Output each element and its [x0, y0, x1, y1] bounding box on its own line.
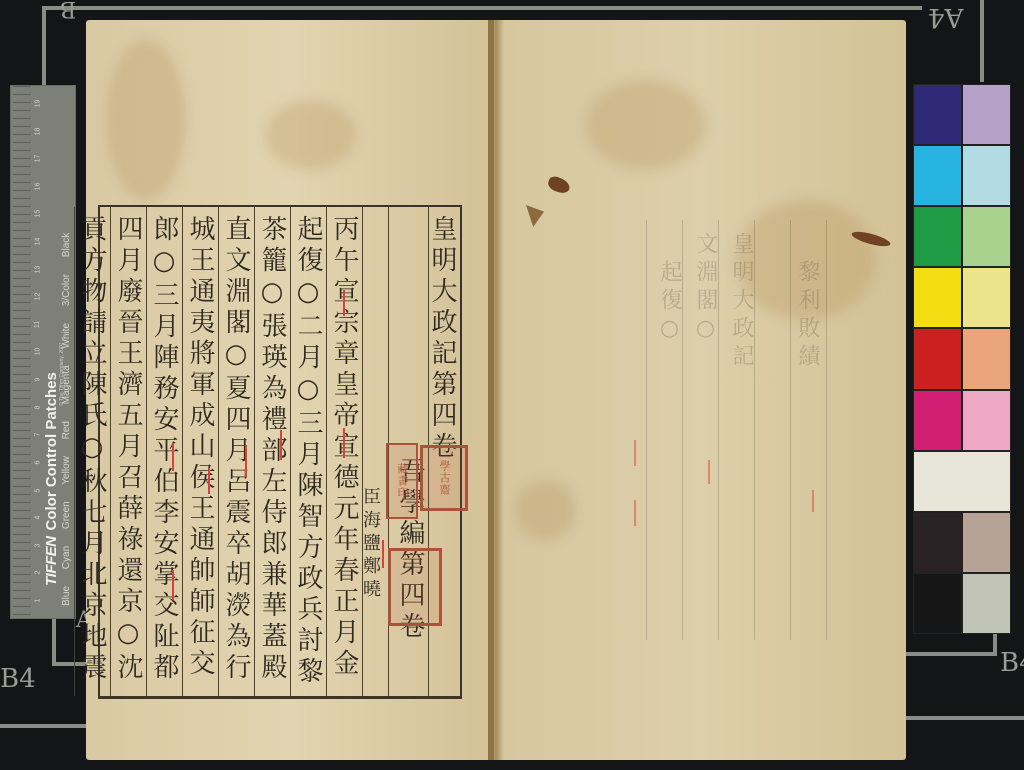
ghost-show-through-text: 文淵閣○ — [690, 232, 721, 347]
color-patch-black-light — [962, 573, 1011, 634]
tiffen-color-control-ruler: 1 2 3 4 5 6 7 8 9 10 11 12 13 14 15 16 1… — [10, 85, 76, 619]
ghost-column-rule — [826, 220, 827, 640]
color-calibration-patches — [913, 84, 1011, 634]
color-patch-red — [913, 328, 962, 389]
red-punctuation-mark — [343, 290, 345, 316]
red-punctuation-mark — [245, 445, 247, 477]
paper-stain — [266, 100, 356, 170]
red-punctuation-mark — [280, 430, 282, 460]
red-punctuation-mark — [208, 468, 210, 494]
color-patch-magenta — [913, 390, 962, 451]
mat-guide-line-bottom-right — [896, 716, 1024, 720]
color-patch-white — [913, 451, 1011, 512]
color-patch-yellow — [913, 267, 962, 328]
mat-guide-line-bottom-left — [0, 724, 92, 728]
ruler-tick-marks — [13, 86, 31, 618]
mat-guide-line-lower-left — [52, 616, 56, 664]
ghost-column-rule — [790, 220, 791, 640]
color-patch-black — [913, 573, 962, 634]
color-patch-green-light — [962, 206, 1011, 267]
color-patch-cyan — [913, 145, 962, 206]
ghost-show-through-text: 起復○ — [654, 260, 685, 347]
author-column: 臣海鹽鄭曉 — [362, 207, 388, 696]
color-patch-red-light — [962, 328, 1011, 389]
red-punctuation-mark — [634, 440, 636, 466]
ruler-title: TIFFENColor Control Patches — [43, 372, 60, 586]
color-patch-cyan-light — [962, 145, 1011, 206]
red-punctuation-mark — [382, 540, 384, 568]
book-spine-fold — [488, 20, 494, 760]
color-patch-green — [913, 206, 962, 267]
mat-label-b4-left: B4 — [0, 664, 36, 694]
ghost-show-through-text: 黎利敗績 — [792, 260, 823, 372]
paper-stain — [586, 80, 706, 170]
tear-mark — [546, 175, 571, 196]
ruler-brand-area: TIFFENColor Control Patches Blue Cyan Gr… — [41, 86, 75, 618]
text-column-4: 直文淵閣○夏四月呂震卒胡濙為行在禮部尚 — [218, 207, 254, 696]
color-patch-blue-light — [962, 84, 1011, 145]
tiffen-logo: TIFFEN — [43, 537, 60, 587]
mat-label-b-top: B — [60, 0, 76, 21]
color-patch-blue — [913, 84, 962, 145]
red-punctuation-mark — [812, 490, 814, 512]
red-punctuation-mark — [634, 500, 636, 526]
mat-guide-line-left — [42, 6, 46, 86]
ghost-column-rule — [646, 220, 647, 640]
text-block-bottom-rule — [98, 696, 462, 699]
ghost-show-through-text: 皇明大政記 — [726, 232, 757, 372]
mat-guide-line-top — [42, 6, 922, 10]
mat-guide-line-right — [980, 0, 984, 82]
book-title: 皇明大政記第四卷 — [428, 215, 457, 463]
text-column-8: 四月廢晉王濟五月召薛祿還京○沈度為行在 — [110, 207, 146, 696]
ruler-title-text: Color Control Patches — [43, 372, 60, 530]
color-patch-3-color — [913, 512, 962, 573]
text-column-2: 起復○二月○三月陳智方政兵討黎利敗績於 — [290, 207, 326, 696]
color-patch-3-color-light — [962, 512, 1011, 573]
red-seal-square: 學古齋 — [420, 445, 468, 511]
text-column-3: 茶籠○張瑛為禮部左侍郎兼華蓋殿大學士入 — [254, 207, 290, 696]
tear-mark — [526, 205, 544, 227]
text-column-6: 城王通夷將軍成山侯王通帥師征交阯尚書陳 — [182, 207, 218, 696]
color-patch-yellow-light — [962, 267, 1011, 328]
red-seal-lower — [388, 548, 442, 626]
red-seal-tall: 藏書印 — [386, 443, 418, 519]
red-punctuation-mark — [343, 428, 345, 458]
red-punctuation-mark — [172, 443, 174, 471]
red-punctuation-mark — [172, 570, 174, 600]
ruler-color-names: Blue Cyan Green Yellow Red Magenta White… — [61, 233, 72, 606]
text-column-7: 郎○三月陣務安平伯李安掌交阯都司事削陳 — [146, 207, 182, 696]
color-patch-magenta-light — [962, 390, 1011, 451]
mat-label-b4-right: B4 — [1000, 648, 1024, 678]
paper-stain — [516, 480, 576, 540]
ruler-copyright: © The Tiffen Company, 2007 — [59, 343, 65, 406]
author-line: 臣海鹽鄭曉 — [362, 487, 381, 602]
red-punctuation-mark — [708, 460, 710, 484]
paper-stain — [106, 40, 186, 200]
mat-label-a4: A4 — [928, 2, 963, 32]
text-column-9: 貢方物請立陳氏○秋七月北京地震○八月壬 — [74, 207, 110, 696]
mat-guide-line-lower-right — [896, 652, 996, 656]
